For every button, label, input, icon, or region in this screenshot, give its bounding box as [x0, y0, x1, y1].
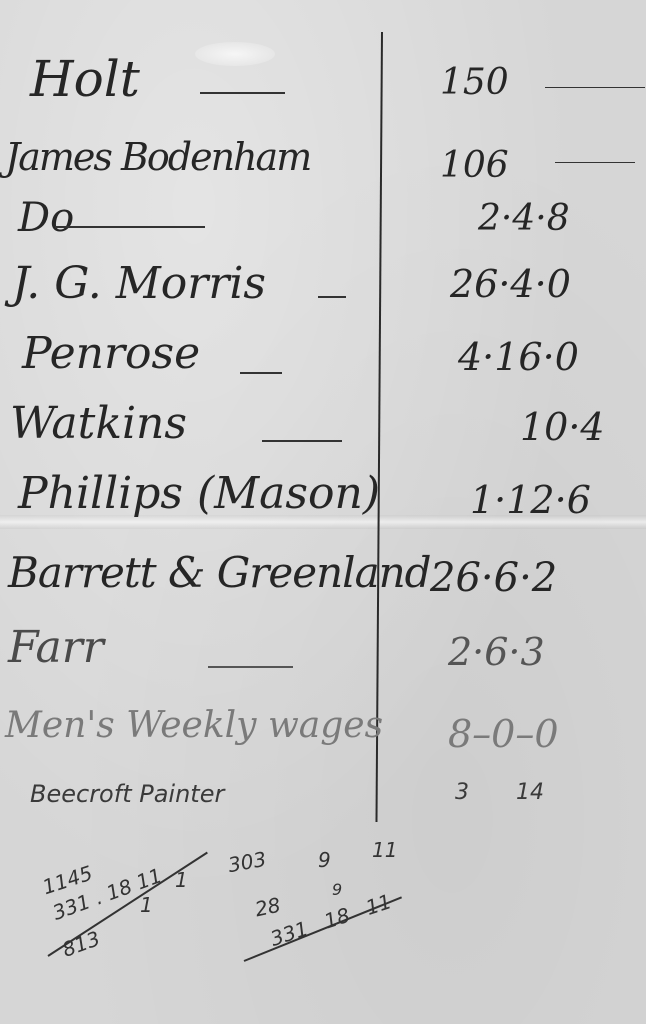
entry-amount: 150 — [440, 62, 509, 103]
entry-name: Holt — [30, 50, 140, 108]
dash — [208, 666, 293, 668]
calc-right-line1: 303 — [226, 847, 268, 877]
calc-right-line1-end: 11 — [372, 838, 397, 862]
entry-amount: 10·4 — [520, 405, 605, 449]
entry-amount: 26·6·2 — [430, 555, 557, 601]
entry-name: Men's Weekly wages — [5, 705, 383, 746]
dash — [545, 87, 645, 88]
entry-name: Phillips (Mason) — [18, 468, 380, 519]
dash — [262, 440, 342, 442]
entry-name: J. G. Morris — [12, 258, 266, 309]
dash — [555, 162, 635, 163]
dash — [240, 372, 282, 374]
entry-amount: 2·4·8 — [478, 198, 570, 239]
calc-right-line1-mid: 9 — [318, 848, 331, 872]
dash — [318, 296, 346, 298]
entry-amount: 3 14 — [455, 780, 544, 805]
entry-name: James Bodenham — [5, 135, 310, 179]
calc-right-line2: 28 — [253, 893, 283, 922]
dash — [55, 226, 205, 228]
entry-name: Barrett & Greenland — [8, 548, 431, 597]
entry-name: Watkins — [10, 398, 187, 449]
entry-amount: 4·16·0 — [458, 335, 579, 379]
calc-left-sub: 1 — [140, 893, 153, 917]
calc-right-line2-mid: 9 — [332, 880, 342, 899]
calc-left-result: 813 — [59, 926, 103, 962]
entry-amount: 106 — [440, 145, 509, 186]
entry-name: Farr — [8, 622, 104, 673]
ledger-page: Holt 150 James Bodenham 106 Do 2·4·8 J. … — [0, 0, 646, 1024]
entry-amount: 8–0–0 — [448, 712, 559, 756]
column-divider — [375, 32, 383, 822]
calc-right-result: 331 18 11 — [267, 889, 394, 951]
entry-amount: 1·12·6 — [470, 478, 591, 522]
entry-amount: 26·4·0 — [450, 262, 571, 306]
dash — [200, 92, 285, 94]
entry-name: Beecroft Painter — [30, 780, 224, 808]
staple-mark — [195, 42, 275, 66]
entry-name: Do — [18, 195, 74, 241]
entry-name: Penrose — [22, 328, 200, 379]
entry-amount: 2·6·3 — [448, 630, 545, 674]
